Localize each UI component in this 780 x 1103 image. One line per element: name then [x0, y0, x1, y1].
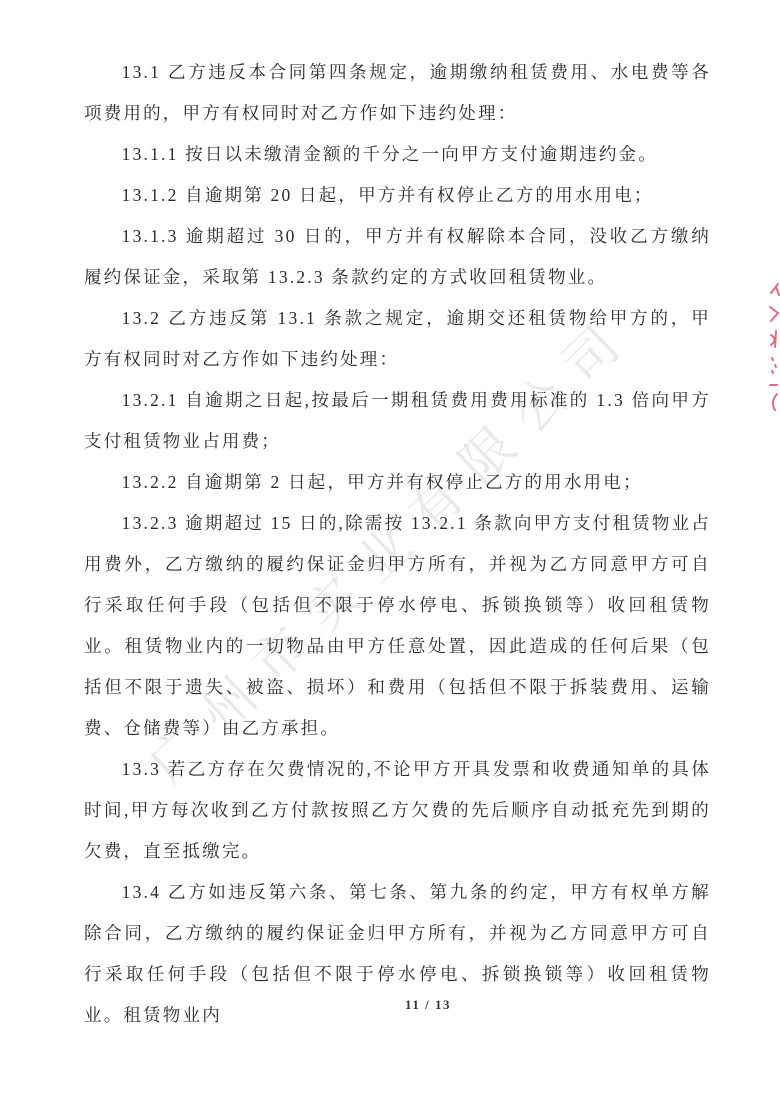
clause-13.1.3: 13.1.3 逾期超过 30 日的，甲方并有权解除本合同，没收乙方缴纳履约保证金…	[84, 216, 711, 298]
clause-13.2.2: 13.2.2 自逾期第 2 日起，甲方并有权停止乙方的用水用电；	[84, 462, 711, 503]
clause-13.3: 13.3 若乙方存在欠费情况的,不论甲方开具发票和收费通知单的具体时间,甲方每次…	[84, 749, 711, 872]
clause-13.1.2: 13.1.2 自逾期第 20 日起，甲方并有权停止乙方的用水用电；	[84, 175, 711, 216]
page-number: 11 / 13	[0, 997, 780, 1013]
contract-body: 13.1 乙方违反本合同第四条规定，逾期缴纳租赁费用、水电费等各项费用的，甲方有…	[84, 52, 711, 1036]
clause-13.1: 13.1 乙方违反本合同第四条规定，逾期缴纳租赁费用、水电费等各项费用的，甲方有…	[84, 52, 711, 134]
clause-13.1.1: 13.1.1 按日以未缴清金额的千分之一向甲方支付逾期违约金。	[84, 134, 711, 175]
clause-13.2.3: 13.2.3 逾期超过 15 日的,除需按 13.2.1 条款向甲方支付租赁物业…	[84, 503, 711, 749]
red-ink-edge-mark	[766, 281, 780, 413]
clause-13.2.1: 13.2.1 自逾期之日起,按最后一期租赁费用费用标准的 1.3 倍向甲方支付租…	[84, 380, 711, 462]
red-ink-strokes	[770, 284, 779, 410]
contract-page: 广州市实业有限公司 13.1 乙方违反本合同第四条规定，逾期缴纳租赁费用、水电费…	[0, 0, 780, 1103]
clause-13.2: 13.2 乙方违反第 13.1 条款之规定，逾期交还租赁物给甲方的，甲方有权同时…	[84, 298, 711, 380]
